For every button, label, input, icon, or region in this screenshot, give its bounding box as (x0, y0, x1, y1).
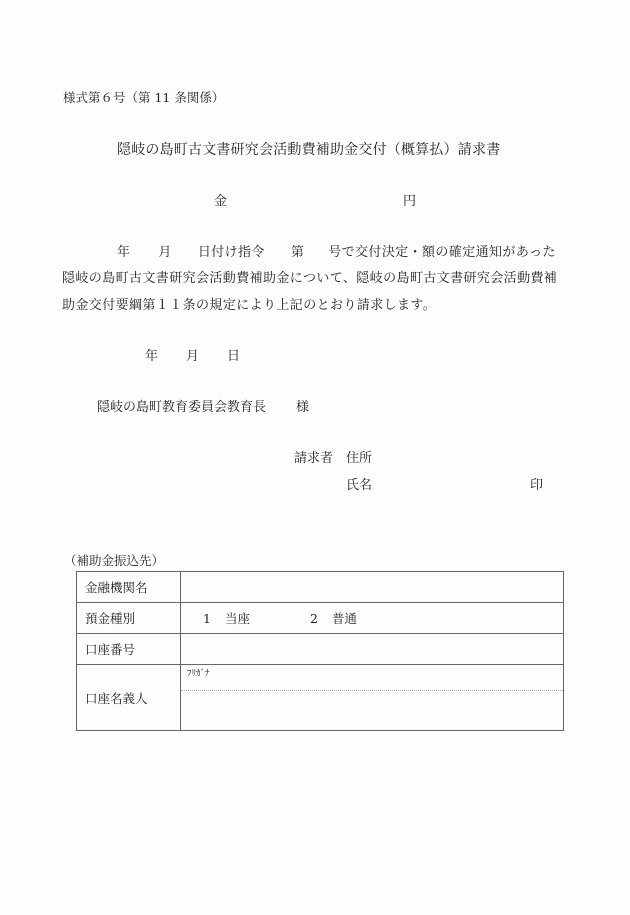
body-year: 年 (117, 245, 130, 260)
deposit-option-current[interactable]: 1当座 (189, 609, 250, 627)
body-line-2: 隠岐の島町古文書研究会活動費補助金について、隠岐の島町古文書研究会活動費補 (62, 267, 582, 286)
body-line-3: 助金交付要綱第１１条の規定により上記のとおり請求します。 (62, 294, 582, 313)
body-directive-date: 日付け指令 (198, 245, 265, 260)
form-number: 様式第６号（第 11 条関係） (63, 88, 224, 106)
bank-name-label: 金融機関名 (77, 572, 181, 603)
account-holder-label: 口座名義人 (77, 665, 181, 731)
date-day: 日 (227, 349, 240, 364)
account-number-label: 口座番号 (77, 634, 181, 665)
body-number-prefix: 第 (291, 245, 304, 260)
deposit-type-label: 預金種別 (77, 603, 181, 634)
table-row: 口座番号 (77, 634, 564, 665)
deposit-option-ordinary[interactable]: 2普通 (296, 609, 357, 627)
furigana-label: ﾌﾘｶﾞﾅ (181, 665, 563, 691)
claimant-name-label: 氏名 (346, 474, 372, 493)
body-notice: 号で交付決定・額の確定通知があった (328, 245, 556, 260)
account-holder-field[interactable]: ﾌﾘｶﾞﾅ (181, 665, 564, 731)
body-line-1: 年月日付け指令第号で交付決定・額の確定通知があった (62, 241, 582, 260)
bank-caption: （補助金振込先） (64, 551, 164, 569)
table-row: 預金種別 1当座2普通 (77, 603, 564, 634)
body-month: 月 (158, 245, 171, 260)
bank-transfer-table: 金融機関名 預金種別 1当座2普通 口座番号 口座名義人 ﾌﾘｶﾞﾅ (76, 571, 564, 731)
seal-mark: 印 (530, 474, 543, 493)
table-row: 口座名義人 ﾌﾘｶﾞﾅ (77, 665, 564, 731)
bank-name-field[interactable] (181, 572, 564, 603)
claimant-address-label: 住所 (346, 447, 372, 466)
addressee-name: 隠岐の島町教育委員会教育長 (97, 400, 266, 415)
amount-suffix: 円 (403, 190, 416, 209)
date-month: 月 (186, 349, 199, 364)
request-date: 年月日 (145, 345, 240, 364)
addressee-honorific: 様 (296, 400, 309, 415)
claimant-label: 請求者 (294, 447, 333, 466)
date-year: 年 (145, 349, 158, 364)
addressee: 隠岐の島町教育委員会教育長様 (97, 396, 309, 415)
account-number-field[interactable] (181, 634, 564, 665)
account-holder-name-input[interactable] (181, 691, 563, 730)
deposit-type-field[interactable]: 1当座2普通 (181, 603, 564, 634)
amount-prefix: 金 (214, 190, 227, 209)
document-title: 隠岐の島町古文書研究会活動費補助金交付（概算払）請求書 (117, 139, 500, 159)
table-row: 金融機関名 (77, 572, 564, 603)
